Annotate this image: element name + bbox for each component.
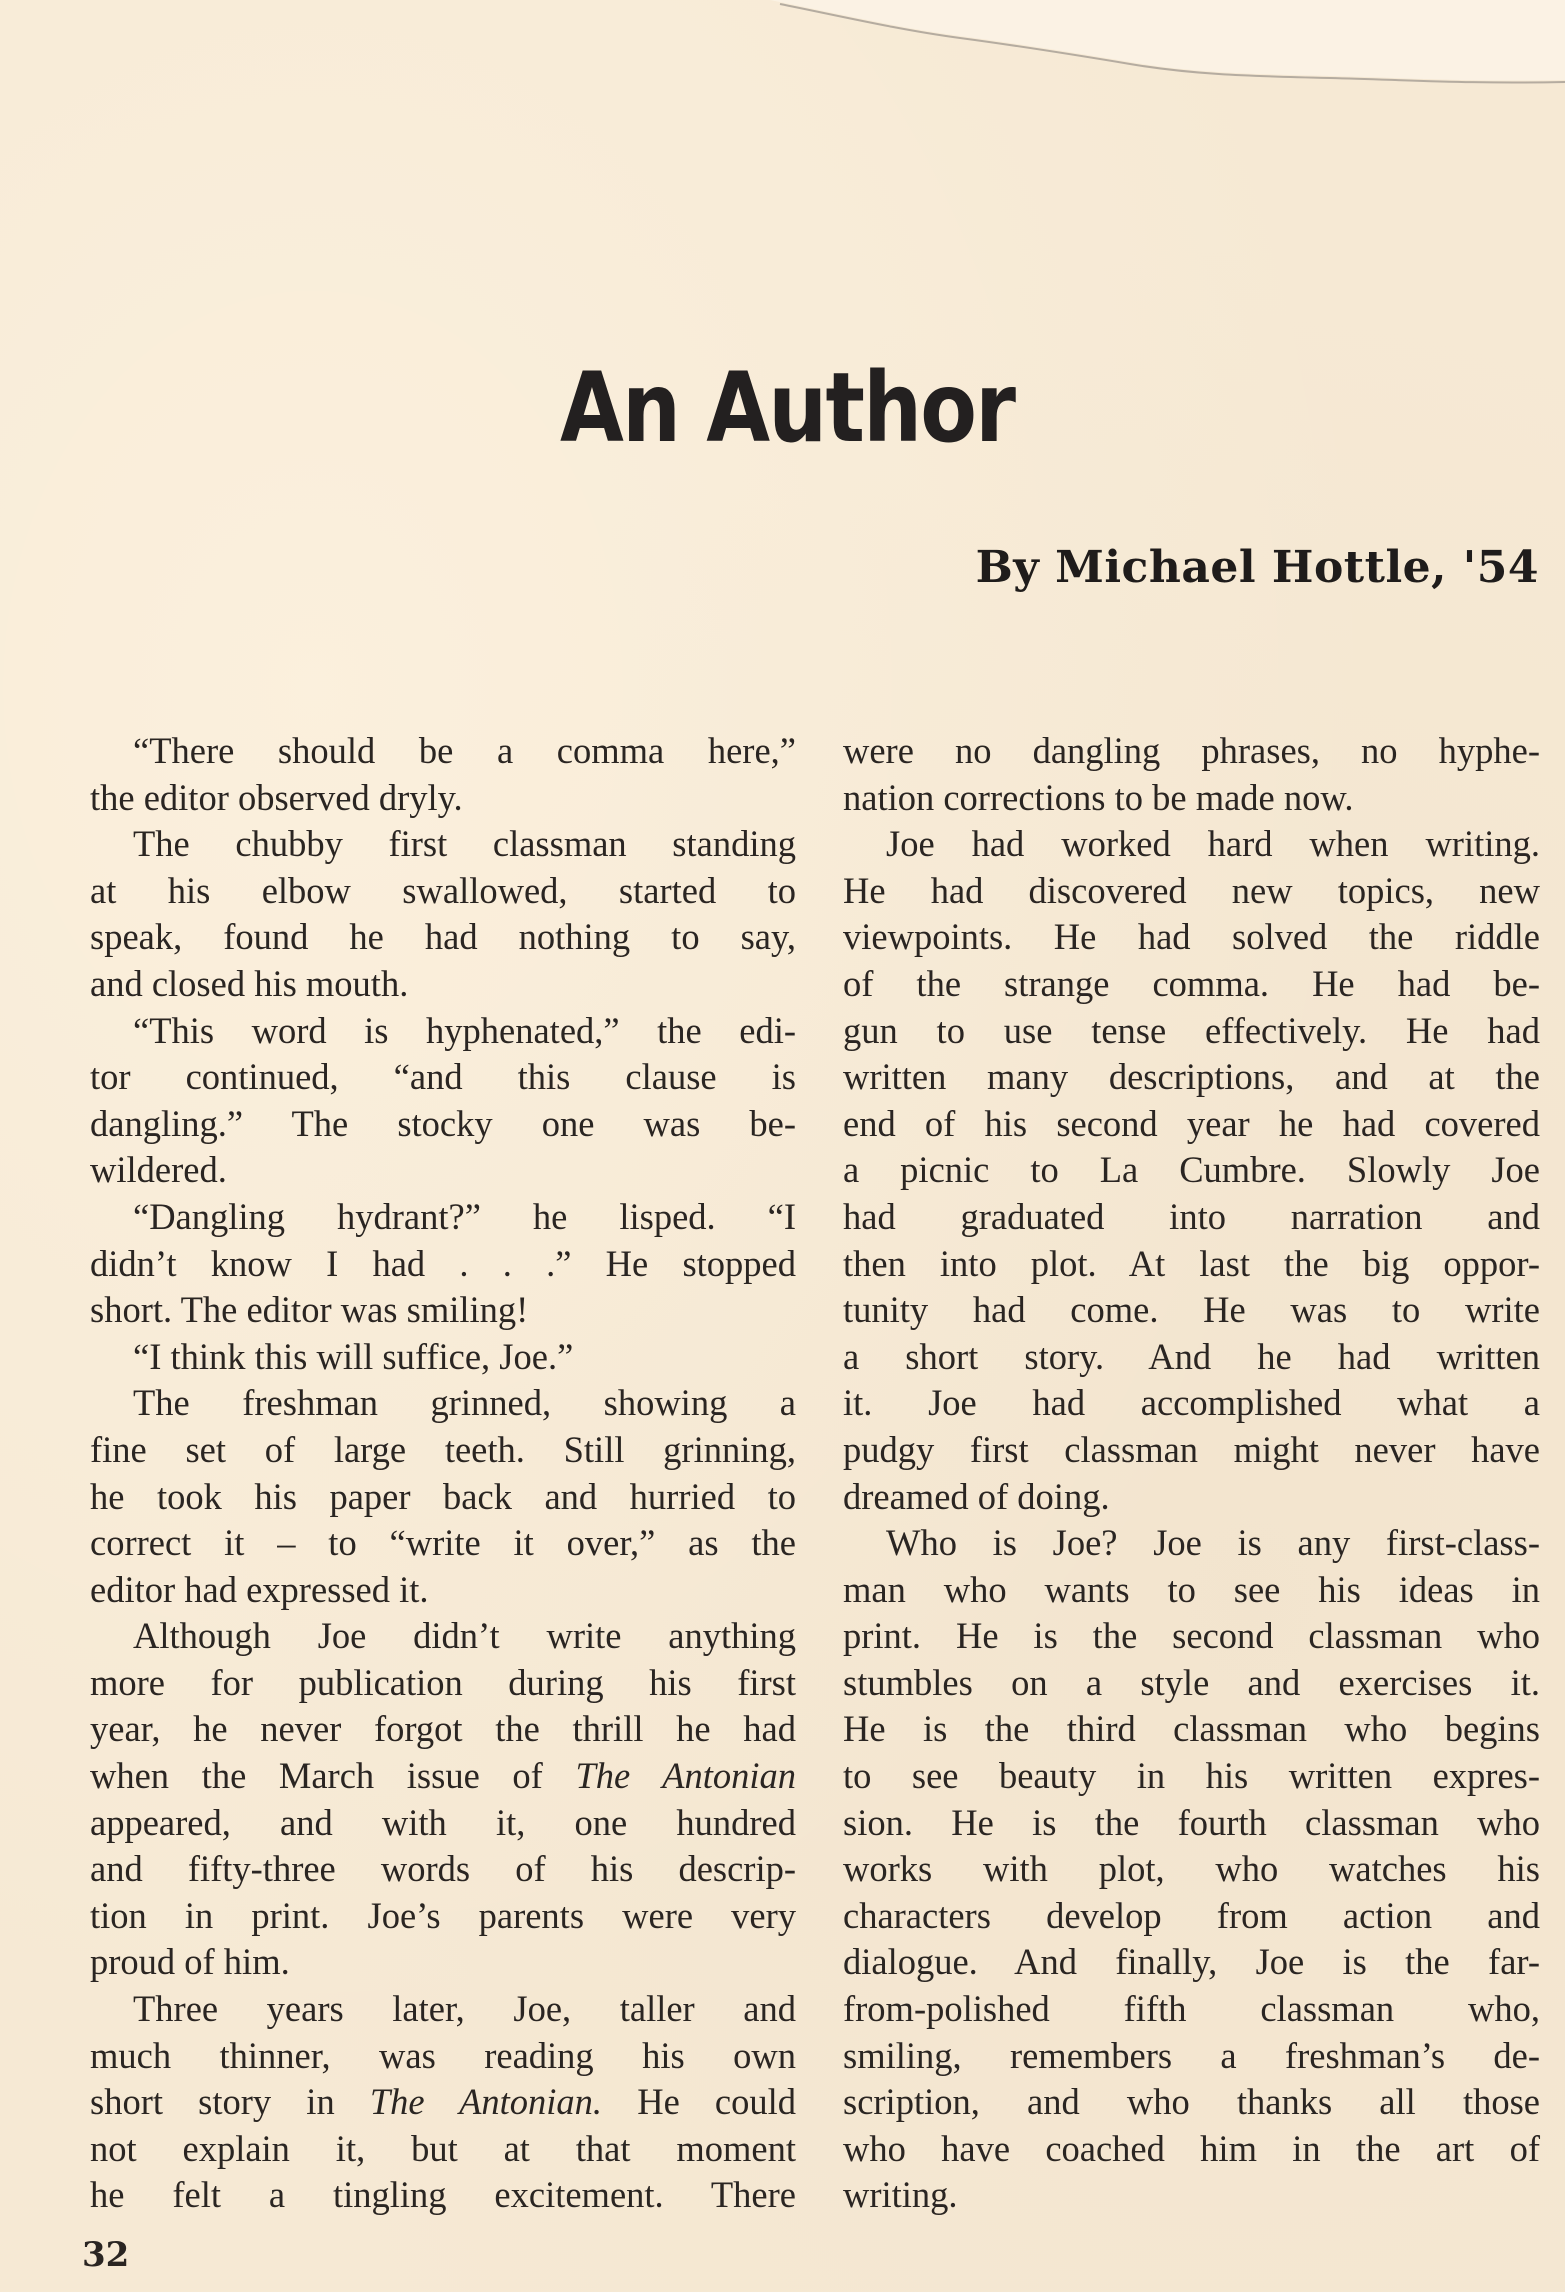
text-line: “This word is hyphenated,” the edi- (90, 1008, 796, 1055)
torn-corner-crease (770, 0, 1565, 90)
text-line: and fifty-three words of his descrip- (90, 1846, 796, 1893)
text-line: he felt a tingling excitement. There (90, 2172, 796, 2219)
text-line: a picnic to La Cumbre. Slowly Joe (843, 1147, 1540, 1194)
text-line: writing. (843, 2172, 1540, 2219)
text-line: wildered. (90, 1147, 796, 1194)
text-line: works with plot, who watches his (843, 1846, 1540, 1893)
text-line: Who is Joe? Joe is any first-class- (843, 1520, 1540, 1567)
text-line: short. The editor was smiling! (90, 1287, 796, 1334)
text-line: man who wants to see his ideas in (843, 1567, 1540, 1614)
text-line: dangling.” The stocky one was be- (90, 1101, 796, 1148)
publication-name: The Antonian (575, 1755, 796, 1796)
page-number: 32 (82, 2238, 129, 2272)
text-line: a short story. And he had written (843, 1334, 1540, 1381)
text-line: short story in The Antonian. He could (90, 2079, 796, 2126)
text-line: tor continued, “and this clause is (90, 1054, 796, 1101)
text-line: dreamed of doing. (843, 1474, 1540, 1521)
text-line: fine set of large teeth. Still grinning, (90, 1427, 796, 1474)
text-line: dialogue. And finally, Joe is the far- (843, 1939, 1540, 1986)
text-line: The freshman grinned, showing a (90, 1380, 796, 1427)
text-line: it. Joe had accomplished what a (843, 1380, 1540, 1427)
text-line: who have coached him in the art of (843, 2126, 1540, 2173)
text-line: Although Joe didn’t write anything (90, 1613, 796, 1660)
text-line: Three years later, Joe, taller and (90, 1986, 796, 2033)
text-line: stumbles on a style and exercises it. (843, 1660, 1540, 1707)
text-line: “There should be a comma here,” (90, 728, 796, 775)
text-line: to see beauty in his written expres- (843, 1753, 1540, 1800)
publication-name: The Antonian. (370, 2081, 602, 2122)
text-line: from-polished fifth classman who, (843, 1986, 1540, 2033)
text-line: smiling, remembers a freshman’s de- (843, 2033, 1540, 2080)
text-line: tion in print. Joe’s parents were very (90, 1893, 796, 1940)
text-line: when the March issue of The Antonian (90, 1753, 796, 1800)
text-line: proud of him. (90, 1939, 796, 1986)
text-line: “I think this will suffice, Joe.” (90, 1334, 796, 1381)
text-line: correct it – to “write it over,” as the (90, 1520, 796, 1567)
text-line: end of his second year he had covered (843, 1101, 1540, 1148)
text-line: tunity had come. He was to write (843, 1287, 1540, 1334)
text-line: at his elbow swallowed, started to (90, 868, 796, 915)
text-line: print. He is the second classman who (843, 1613, 1540, 1660)
text-line: didn’t know I had . . .” He stopped (90, 1241, 796, 1288)
text-line: had graduated into narration and (843, 1194, 1540, 1241)
text-line: speak, found he had nothing to say, (90, 914, 796, 961)
text-line: much thinner, was reading his own (90, 2033, 796, 2080)
text-line: “Dangling hydrant?” he lisped. “I (90, 1194, 796, 1241)
text-line: Joe had worked hard when writing. (843, 821, 1540, 868)
left-column: “There should be a comma here,”the edito… (90, 728, 796, 2219)
text-line: written many descriptions, and at the (843, 1054, 1540, 1101)
text-line: sion. He is the fourth classman who (843, 1800, 1540, 1847)
text-line: viewpoints. He had solved the riddle (843, 914, 1540, 961)
text-line: The chubby first classman standing (90, 821, 796, 868)
text-line: more for publication during his first (90, 1660, 796, 1707)
text-line: editor had expressed it. (90, 1567, 796, 1614)
text-line: gun to use tense effectively. He had (843, 1008, 1540, 1055)
text-line: not explain it, but at that moment (90, 2126, 796, 2173)
article-title: An Author (560, 360, 1014, 456)
text-line: appeared, and with it, one hundred (90, 1800, 796, 1847)
text-line: characters develop from action and (843, 1893, 1540, 1940)
text-line: of the strange comma. He had be- (843, 961, 1540, 1008)
right-column: were no dangling phrases, no hyphe-natio… (843, 728, 1540, 2219)
article-byline: By Michael Hottle, '54 (976, 546, 1539, 590)
text-line: year, he never forgot the thrill he had (90, 1706, 796, 1753)
text-line: pudgy first classman might never have (843, 1427, 1540, 1474)
text-line: He had discovered new topics, new (843, 868, 1540, 915)
text-line: and closed his mouth. (90, 961, 796, 1008)
text-line: he took his paper back and hurried to (90, 1474, 796, 1521)
text-line: were no dangling phrases, no hyphe- (843, 728, 1540, 775)
text-line: scription, and who thanks all those (843, 2079, 1540, 2126)
text-line: He is the third classman who begins (843, 1706, 1540, 1753)
text-line: nation corrections to be made now. (843, 775, 1540, 822)
text-line: then into plot. At last the big oppor- (843, 1241, 1540, 1288)
text-line: the editor observed dryly. (90, 775, 796, 822)
